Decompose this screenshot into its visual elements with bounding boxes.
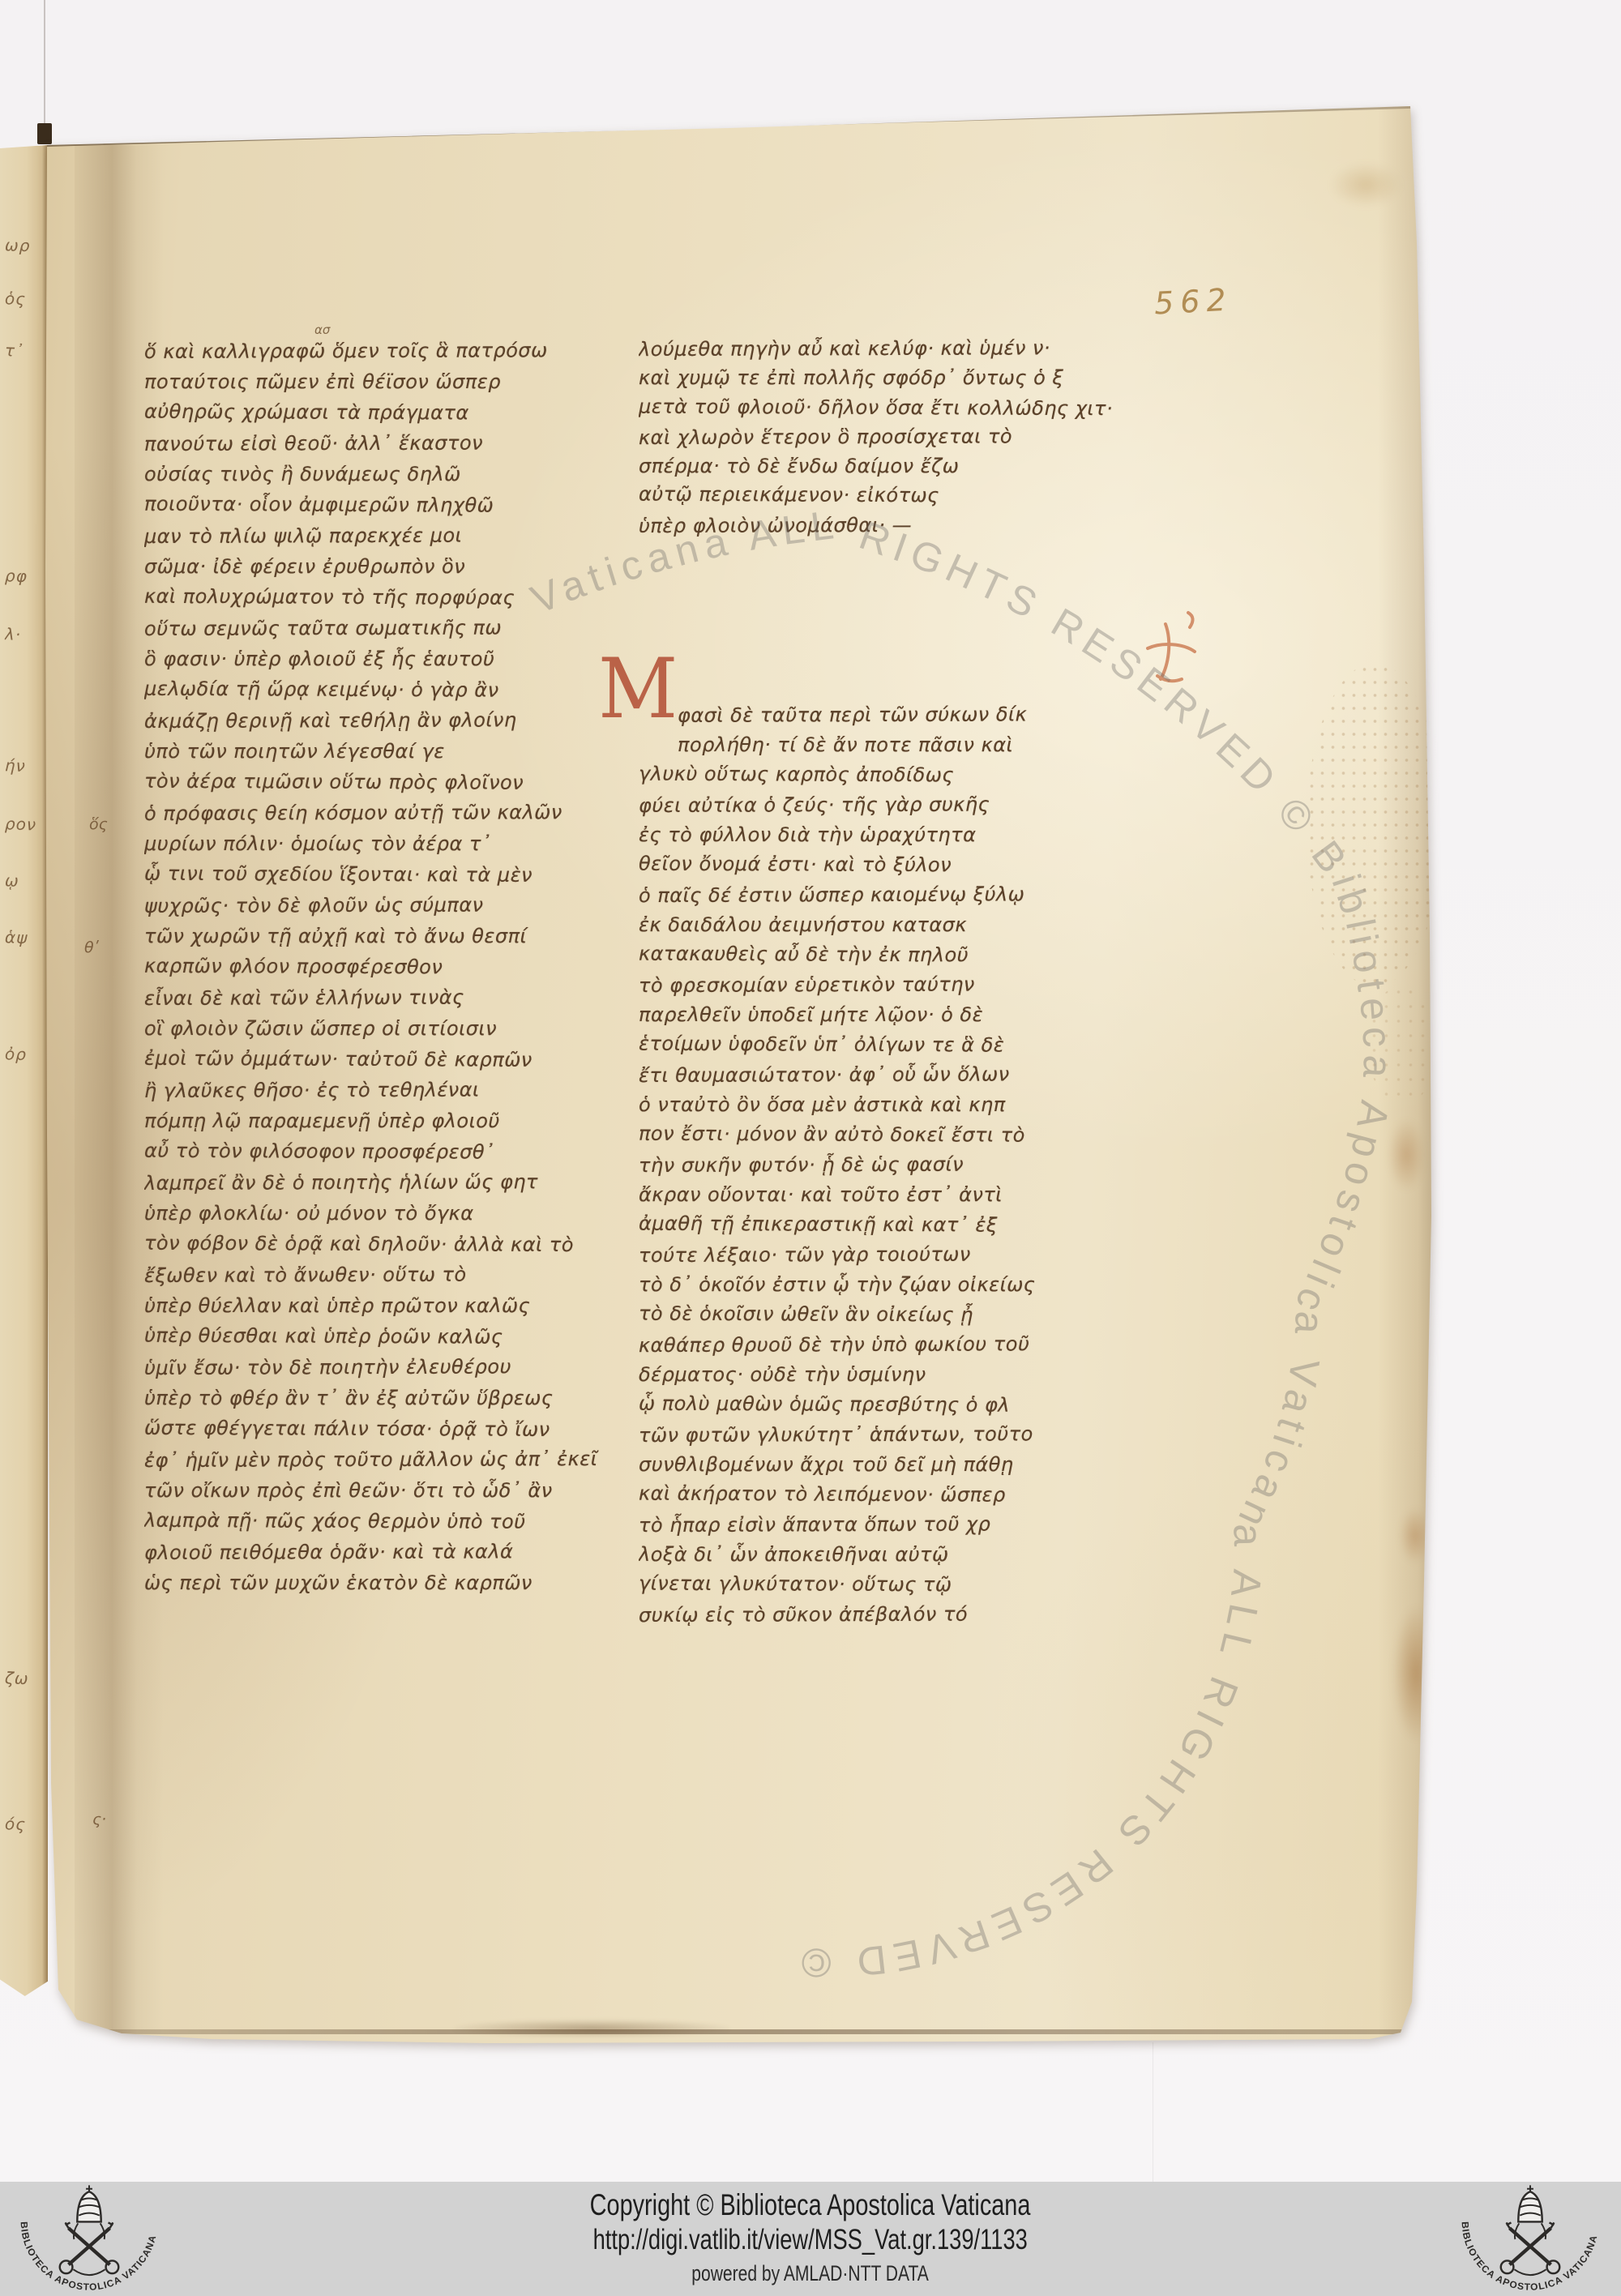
manuscript-text-line: ὁ πρόφασις θείη κόσμον αὐτῇ τῶν καλῶν	[144, 797, 613, 829]
copyright-label: Copyright © Biblioteca Apostolica Vatica…	[590, 2188, 1031, 2222]
manuscript-text-line: ὃ φασιν· ὑπὲρ φλοιοῦ ἐξ ἧς ἑαυτοῦ	[144, 643, 613, 674]
logo-curved-text: BIBLIOTECA APOSTOLICA VATICANA	[19, 2221, 159, 2293]
manuscript-text-line: φασὶ δὲ ταῦτα περὶ τῶν σύκων δίκ	[639, 699, 1140, 731]
manuscript-text-line: τῶν φυτῶν γλυκύτητ᾽ ἁπάντων, τοῦτο	[639, 1419, 1140, 1451]
manuscript-text-line: ἐς τὸ φύλλον διὰ τὴν ὡραχύτητα	[639, 820, 1140, 850]
manuscript-text-line: εἶναι δὲ καὶ τῶν ἑλλήνων τινὰς	[144, 981, 613, 1014]
manuscript-text-line: τούτε λέξαιο· τῶν γὰρ τοιούτων	[639, 1239, 1140, 1271]
manuscript-text-line: ὁ παῖς δέ ἐστιν ὥσπερ καιομένῳ ξύλῳ	[639, 879, 1140, 911]
powered-by-text: powered by AMLAD·NTT DATA	[0, 2261, 1621, 2286]
manuscript-text-line: τὸν φόβον δὲ ὁρᾷ καὶ δηλοῦν· ἀλλὰ καὶ τὸ	[144, 1228, 613, 1261]
page-top-edge	[45, 105, 1416, 147]
vellum-follicle-speckles	[1368, 985, 1436, 1106]
manuscript-text-line: συκίῳ εἰς τὸ σῦκον ἀπέβαλόν τό	[639, 1599, 1140, 1631]
right-text-column-body: φασὶ δὲ ταῦτα περὶ τῶν σύκων δίκπορλήθη·…	[639, 700, 1140, 1630]
source-url-text: http://digi.vatlib.it/view/MSS_Vat.gr.13…	[0, 2224, 1621, 2256]
manuscript-text-line: ἔξωθεν καὶ τὸ ἄνωθεν· οὕτω τὸ	[144, 1259, 613, 1291]
manuscript-text-line: ἀμαθῆ τῇ ἐπικεραστικῇ καὶ κατ᾽ ἐξ	[639, 1209, 1140, 1242]
manuscript-text-line: δέρματος· οὐδὲ τὴν ὑσμίνην	[639, 1360, 1140, 1390]
logo-curved-text: BIBLIOTECA APOSTOLICA VATICANA	[1460, 2221, 1600, 2293]
manuscript-text-line: τὸ φρεσκομίαν εὑρετικὸν ταύτην	[639, 969, 1140, 1001]
manuscript-text-line: ὑπὸ τῶν ποιητῶν λέγεσθαί γε	[144, 736, 613, 767]
manuscript-text-line: καὶ χλωρὸν ἕτερον ὃ προσίσχεται τὸ	[639, 421, 1140, 452]
manuscript-text-line: ἑτοίμων ὑφοδεῖν ὑπ᾽ ὀλίγων τε ἃ δὲ	[639, 1029, 1140, 1062]
manuscript-text-line: σῶμα· ἰδὲ φέρειν ἐρυθρωπὸν ὃν	[144, 551, 613, 582]
margin-note: ὅς	[89, 815, 108, 833]
parchment-page-wrap: 562 ὅ καὶ καλλιγραφῶ ὅμεν τοῖς ἃ πατρόσω…	[0, 0, 1621, 2296]
manuscript-text-line: ποταύτοις πῶμεν ἐπὶ θέϊσον ὥσπερ	[144, 366, 613, 397]
manuscript-text-line: ᾧ πολὺ μαθὼν ὁμῶς πρεσβύτης ὁ φλ	[639, 1389, 1140, 1422]
parchment-page: 562 ὅ καὶ καλλιγραφῶ ὅμεν τοῖς ἃ πατρόσω…	[0, 0, 1621, 2296]
manuscript-text-line: ἄκραν οὔονται· καὶ τοῦτο ἐστ᾽ ἀντὶ	[639, 1180, 1140, 1210]
manuscript-text-line: τὸ δὲ ὁκοῖσιν ὠθεῖν ἃν οἰκείως ᾖ	[639, 1299, 1140, 1332]
rubric-line: παρ δ εἰ τὸν καρπὸν +	[0, 62, 494, 92]
manuscript-text-line: πορλήθη· τί δὲ ἄν ποτε πᾶσιν καὶ	[639, 730, 1140, 760]
manuscript-text-line: ὡς περὶ τῶν μυχῶν ἑκατὸν δὲ καρπῶν	[144, 1567, 613, 1598]
manuscript-text-line: πόμπῃ λῷ παραμεμενῇ ὑπὲρ φλοιοῦ	[144, 1105, 613, 1136]
svg-text:BIBLIOTECA APOSTOLICA VATICANA: BIBLIOTECA APOSTOLICA VATICANA	[19, 2221, 159, 2293]
footer-bar: Copyright © Biblioteca Apostolica Vatica…	[0, 2182, 1621, 2296]
manuscript-text-line: μαν τὸ πλίω ψιλῷ παρεκχέε μοι	[144, 519, 613, 552]
left-text-column: ὅ καὶ καλλιγραφῶ ὅμεν τοῖς ἃ πατρόσωποτα…	[144, 336, 613, 1598]
manuscript-text-line: ποιοῦντα· οἷον ἀμφιμερῶν πληχθῶ	[144, 489, 613, 522]
manuscript-text-line: ἐφ᾽ ἡμῖν μὲν πρὸς τοῦτο μᾶλλον ὡς ἀπ᾽ ἐκ…	[144, 1443, 613, 1476]
manuscript-text-line: σπέρμα· τὸ δὲ ἔνδω δαίμον ἔζω	[639, 451, 1140, 481]
manuscript-text-line: τὸ δ᾽ ὁκοῖόν ἐστιν ᾧ τὴν ζῴαν οἰκείως	[639, 1270, 1140, 1300]
manuscript-text-line: λούμεθα πηγὴν αὖ καὶ κελύφ· καὶ ὑμέν ν·	[639, 333, 1140, 364]
manuscript-text-line: ὁ νταὐτὸ ὂν ὅσα μὲν ἀστικὰ καὶ κηπ	[639, 1090, 1140, 1120]
manuscript-text-line: φλοιοῦ πειθόμεθα ὁρᾶν· καὶ τὰ καλά	[144, 1536, 613, 1568]
manuscript-text-line: ὑπὲρ θύελλαν καὶ ὑπὲρ πρῶτον καλῶς	[144, 1290, 613, 1321]
manuscript-text-line: ὑπὲρ θύεσθαι καὶ ὑπὲρ ῥοῶν καλῶς	[144, 1320, 613, 1353]
manuscript-text-line: κατακαυθεὶς αὖ δὲ τὴν ἐκ πηλοῦ	[639, 939, 1140, 972]
red-cross-flourish-icon	[1141, 601, 1216, 699]
powered-by-label: powered by AMLAD·NTT DATA	[692, 2261, 930, 2286]
manuscript-text-line: θεῖον ὄνομά ἐστι· καὶ τὸ ξύλον	[639, 849, 1140, 882]
manuscript-text-line: οὐσίας τινὸς ἢ δυνάμεως δηλῶ	[144, 459, 613, 490]
manuscript-text-line: καὶ πολυχρώματον τὸ τῆς πορφύρας	[144, 581, 613, 614]
manuscript-text-line: συνθλιβομένων ἄχρι τοῦ δεῖ μὴ πάθῃ	[639, 1450, 1140, 1480]
manuscript-text-line: μυρίων πόλιν· ὁμοίως τὸν ἀέρα τ᾽	[144, 828, 613, 859]
manuscript-text-line: τὴν συκῆν φυτόν· ᾗ δὲ ὡς φασίν	[639, 1149, 1140, 1181]
rubric-line: τίς ἡ αἰτία δι ἣν ἡ συκῆ δὲ εἴ μὴ	[0, 0, 494, 31]
manuscript-text-line: αὐτῷ περιεικάμενον· εἰκότως	[639, 480, 1140, 511]
manuscript-text-line: ἢ γλαῦκες θῆσο· ἐς τὸ τεθηλέναι	[144, 1074, 613, 1106]
manuscript-text-line: αὐθηρῶς χρώμασι τὰ πράγματα	[144, 396, 613, 430]
vellum-follicle-speckles	[1307, 663, 1443, 987]
manuscript-text-line: πανούτω εἰσὶ θεοῦ· ἀλλ᾽ ἕκαστον	[144, 427, 613, 460]
manuscript-text-line: καὶ χυμῷ τε ἐπὶ πολλῆς σφόδρ᾽ ὄντως ὁ ξ	[639, 363, 1140, 392]
manuscript-text-line: φύει αὐτίκα ὁ ζεύς· τῆς γὰρ συκῆς	[639, 789, 1140, 821]
manuscript-text-line: λαμπρεῖ ἂν δὲ ὁ ποιητὴς ἡλίων ὥς φητ	[144, 1166, 613, 1199]
manuscript-text-line: ὑπὲρ τὸ φθέρ ἂν τ᾽ ἂν ἐξ αὐτῶν ὕβρεως	[144, 1383, 613, 1413]
manuscript-text-line: ὑπὲρ φλοκλίω· οὐ μόνον τὸ ὄγκα	[144, 1198, 613, 1229]
crossed-keys-tiara-icon	[60, 2185, 119, 2275]
manuscript-text-line: λαμπρὰ πῇ· πῶς χάος θερμὸν ὑπὸ τοῦ	[144, 1505, 613, 1538]
manuscript-text-line: μετὰ τοῦ φλοιοῦ· δῆλον ὅσα ἔτι κολλώδης …	[639, 391, 1140, 423]
manuscript-text-line: πον ἔστι· μόνον ἂν αὐτὸ δοκεῖ ἔστι τὸ	[639, 1119, 1140, 1152]
vatican-library-logo-right: BIBLIOTECA APOSTOLICA VATICANA	[1451, 2183, 1610, 2295]
svg-text:BIBLIOTECA APOSTOLICA VATICANA: BIBLIOTECA APOSTOLICA VATICANA	[1460, 2221, 1600, 2293]
manuscript-text-line: λοξὰ δι᾽ ὧν ἀποκειθῆναι αὐτῷ	[639, 1540, 1140, 1570]
manuscript-text-line: μελῳδία τῇ ὥρᾳ κειμένῳ· ὁ γὰρ ἂν	[144, 673, 613, 707]
manuscript-text-line: ᾧ τινι τοῦ σχεδίου ἵξονται· καὶ τὰ μὲν	[144, 858, 613, 891]
folio-number: 562	[1153, 282, 1234, 322]
manuscript-text-line: οὕτω σεμνῶς ταῦτα σωματικῆς πω	[144, 612, 613, 644]
right-text-column-top: λούμεθα πηγὴν αὖ καὶ κελύφ· καὶ ὑμέν ν·κ…	[639, 334, 1140, 540]
manuscript-text-line: γίνεται γλυκύτατον· οὕτως τῷ	[639, 1569, 1140, 1601]
stain	[1388, 1118, 1425, 1191]
manuscript-text-line: ὅ καὶ καλλιγραφῶ ὅμεν τοῖς ἃ πατρόσω	[144, 335, 613, 367]
vatican-library-logo-left: BIBLIOTECA APOSTOLICA VATICANA	[10, 2183, 169, 2295]
stain	[1399, 1507, 1431, 1564]
manuscript-text-line: ἔτι θαυμασιώτατον· ἀφ᾽ οὗ ὧν ὅλων	[639, 1059, 1140, 1091]
manuscript-text-line: τὸ ἧπαρ εἰσὶν ἅπαντα ὅπων τοῦ χρ	[639, 1509, 1140, 1541]
stain	[1329, 162, 1402, 207]
manuscript-text-line: αὖ τὸ τὸν φιλόσοφον προσφέρεσθ᾽	[144, 1135, 613, 1169]
manuscript-scan-page: ωρὁςτ᾽ρφλ·ήνρονῳἁψὀρζωός 562 ὅ καὶ καλλι…	[0, 0, 1621, 2296]
manuscript-text-line: παρελθεῖν ὑποδεῖ μήτε λῷον· ὁ δὲ	[639, 1000, 1140, 1030]
rubric-line: τὸ τῶν οὐσῶν δένδρων· γλυκύτα	[0, 31, 494, 62]
manuscript-text-line: τὸν ἀέρα τιμῶσιν οὕτω πρὸς φλοῖνον	[144, 766, 613, 799]
url-label: http://digi.vatlib.it/view/MSS_Vat.gr.13…	[593, 2224, 1028, 2256]
manuscript-text-line: ἐκ δαιδάλου ἀειμνήστου κατασκ	[639, 910, 1140, 940]
manuscript-text-line: καθάπερ θρυοῦ δὲ τὴν ὑπὸ φωκίου τοῦ	[639, 1329, 1140, 1361]
manuscript-text-line: γλυκὺ οὕτως καρπὸς ἀποδίδως	[639, 759, 1140, 792]
stain	[1392, 1605, 1439, 1742]
stain	[454, 2020, 729, 2037]
manuscript-text-line: ὥστε φθέγγεται πάλιν τόσα· ὁρᾷ τὸ ἴων	[144, 1413, 613, 1446]
manuscript-text-line: ὑμῖν ἔσω· τὸν δὲ ποιητὴν ἐλευθέρου	[144, 1351, 613, 1383]
margin-note: θʹ	[84, 938, 98, 956]
manuscript-text-line: καρπῶν φλόον προσφέρεσθον	[144, 951, 613, 984]
manuscript-text-line: ὑπὲρ φλοιὸν ὠνομάσθαι· —	[639, 510, 1140, 541]
manuscript-text-line: ἐμοὶ τῶν ὀμμάτων· ταὐτοῦ δὲ καρπῶν	[144, 1043, 613, 1076]
margin-note: ασ	[314, 323, 330, 337]
copyright-text: Copyright © Biblioteca Apostolica Vatica…	[0, 2188, 1621, 2222]
manuscript-text-line: τῶν οἴκων πρὸς ἐπὶ θεῶν· ὅτι τὸ ὧδ᾽ ἂν	[144, 1475, 613, 1506]
margin-note: ς·	[92, 1811, 106, 1828]
crossed-keys-tiara-icon	[1501, 2185, 1560, 2275]
rubric-heading: τίς ἡ αἰτία δι ἣν ἡ συκῆ δὲ εἴ μὴτὸ τῶν …	[0, 0, 494, 92]
page-bottom-edge	[63, 2029, 1409, 2034]
manuscript-text-line: καὶ ἀκήρατον τὸ λειπόμενον· ὥσπερ	[639, 1479, 1140, 1511]
manuscript-text-line: οἳ φλοιὸν ζῶσιν ὥσπερ οἱ σιτίοισιν	[144, 1013, 613, 1044]
manuscript-text-line: ἀκμάζῃ θερινῇ καὶ τεθήλῃ ἂν φλοίνη	[144, 704, 613, 737]
manuscript-text-line: τῶν χωρῶν τῇ αὐχῇ καὶ τὸ ἄνω θεσπί	[144, 921, 613, 951]
manuscript-text-line: ψυχρῶς· τὸν δὲ φλοῦν ὡς σύμπαν	[144, 889, 613, 921]
